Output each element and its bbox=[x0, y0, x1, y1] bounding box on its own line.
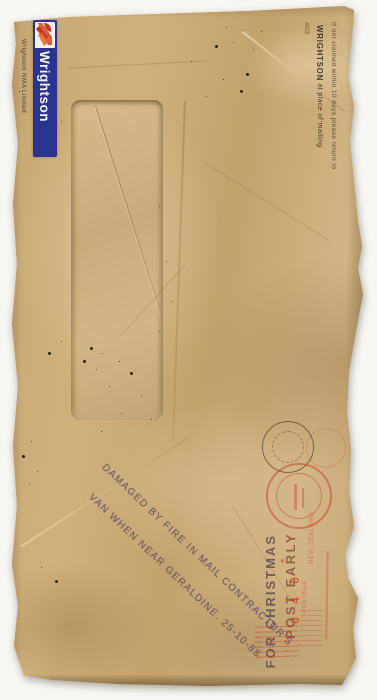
fire-cachet-line2: VAN WHEN NEAR GERALDINE. 25-10-88 bbox=[86, 492, 262, 660]
meter-postage-label: POSTAGE bbox=[302, 580, 308, 613]
meter-slogan-ornament: ✶ bbox=[278, 556, 287, 565]
address-window bbox=[71, 100, 163, 420]
meter-country: NEW ZEALAND bbox=[308, 512, 315, 564]
meter-frame-lines bbox=[300, 610, 322, 646]
company-name: Wrightson NMA Limited bbox=[20, 39, 27, 113]
return-notice-name: WRIGHTSON bbox=[315, 25, 324, 81]
wrightson-logo-icon bbox=[35, 22, 55, 48]
return-notice-line: If not claimed within 10 days please ret… bbox=[330, 22, 337, 170]
wrightson-banner: Wrightson bbox=[33, 20, 57, 157]
return-notice-rest: at place of mailing bbox=[316, 81, 323, 147]
black-postmark-inner-icon bbox=[272, 431, 304, 463]
meter-frame-edge bbox=[325, 551, 328, 639]
letter-fold-line bbox=[121, 264, 185, 335]
brand-name: Wrightson bbox=[37, 51, 52, 122]
meter-die-icon bbox=[266, 463, 332, 529]
crease-line bbox=[202, 161, 330, 241]
meter-die-mark bbox=[302, 488, 304, 508]
meter-die-inner-icon bbox=[276, 473, 322, 519]
envelope-scan: Wrightson Wrightson NMA Limited If not c… bbox=[8, 6, 364, 688]
red-ghost-ring-icon bbox=[306, 428, 346, 468]
envelope: Wrightson Wrightson NMA Limited If not c… bbox=[8, 6, 364, 688]
meter-frame-lines bbox=[254, 625, 299, 659]
black-postmark-icon bbox=[262, 421, 314, 473]
sorting-code: AG3 bbox=[303, 22, 309, 34]
meter-die-mark bbox=[294, 484, 297, 510]
letter-fold-line bbox=[95, 106, 162, 316]
return-notice-sender: WRIGHTSON at place of mailing bbox=[315, 25, 324, 147]
crease-line bbox=[68, 60, 208, 68]
